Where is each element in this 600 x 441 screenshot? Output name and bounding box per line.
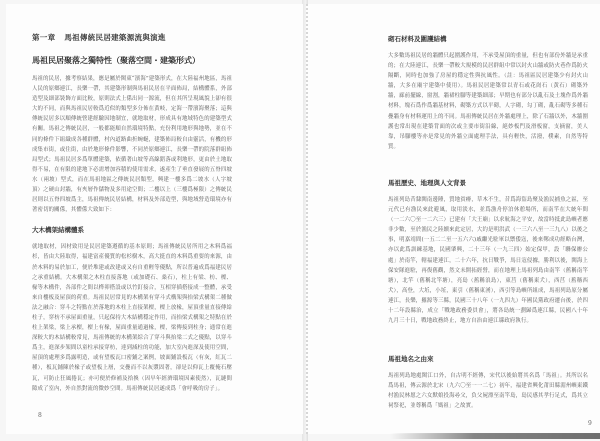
section-body-stone-walls: 大多數馬祖民居的牆體只起圍護作用，不承受屋頂的重量，但也有部份外牆是承重的；在大… (388, 51, 588, 152)
left-page-content: 第一章 馬祖傳統民居建築源流與演進 馬祖民居聚落之獨特性（聚落空間・建築形式） … (32, 32, 232, 394)
section-body-settlement: 馬祖的民居，據考察結果，應是屬於閩東“濱海”建築形式，在大陸福州地區，馬祖人民的… (32, 74, 232, 215)
book-spread: 第一章 馬祖傳統民居建築源流與演進 馬祖民居聚落之獨特性（聚落空間・建築形式） … (0, 0, 600, 441)
section-body-history: 馬祖列島昔隸閩南邊陲，質地貧瘠，草木不生，昔爲海盜島聚及漁民捕魚之區，至元代已有… (388, 195, 588, 326)
chapter-title: 馬祖傳統民居建築源流與演進 (64, 33, 165, 42)
right-page-content: 砌石材料及圍護結構 大多數馬祖民居的牆體只起圍護作用，不承受屋頂的重量，但也有部… (388, 34, 588, 412)
section-body-timber-frame: 就地取材，因材致用是民居建築遵循的基本原則；馬祖傳統民居所用之木料爲福杉，皆由大… (32, 242, 232, 393)
chapter-heading: 第一章 馬祖傳統民居建築源流與演進 (32, 32, 232, 43)
page-edge-shadow (390, 433, 600, 439)
page-number-right: 9 (588, 420, 592, 427)
section-title-history: 馬祖歷史、地理與人文背景 (388, 178, 588, 187)
section-title-stone-walls: 砌石材料及圍護結構 (388, 34, 588, 43)
left-page: 第一章 馬祖傳統民居建築源流與演進 馬祖民居聚落之獨特性（聚落空間・建築形式） … (6, 4, 303, 434)
chapter-label: 第一章 (32, 33, 55, 42)
section-title-settlement: 馬祖民居聚落之獨特性（聚落空間・建築形式） (32, 55, 232, 66)
section-title-place-name: 馬祖地名之由來 (388, 354, 588, 363)
section-title-timber-frame: 大木構架結構體系 (32, 225, 232, 234)
section-body-place-name: 馬祖列島地處閩江口外，自古明不經傳，宋代以後始將其名爲「馬祖」。其所以名爲馬祖，… (388, 371, 588, 411)
right-page: 砌石材料及圍護結構 大多數馬祖民居的牆體只起圍護作用，不承受屋頂的重量，但也有部… (306, 4, 600, 434)
page-number-left: 8 (38, 412, 42, 419)
